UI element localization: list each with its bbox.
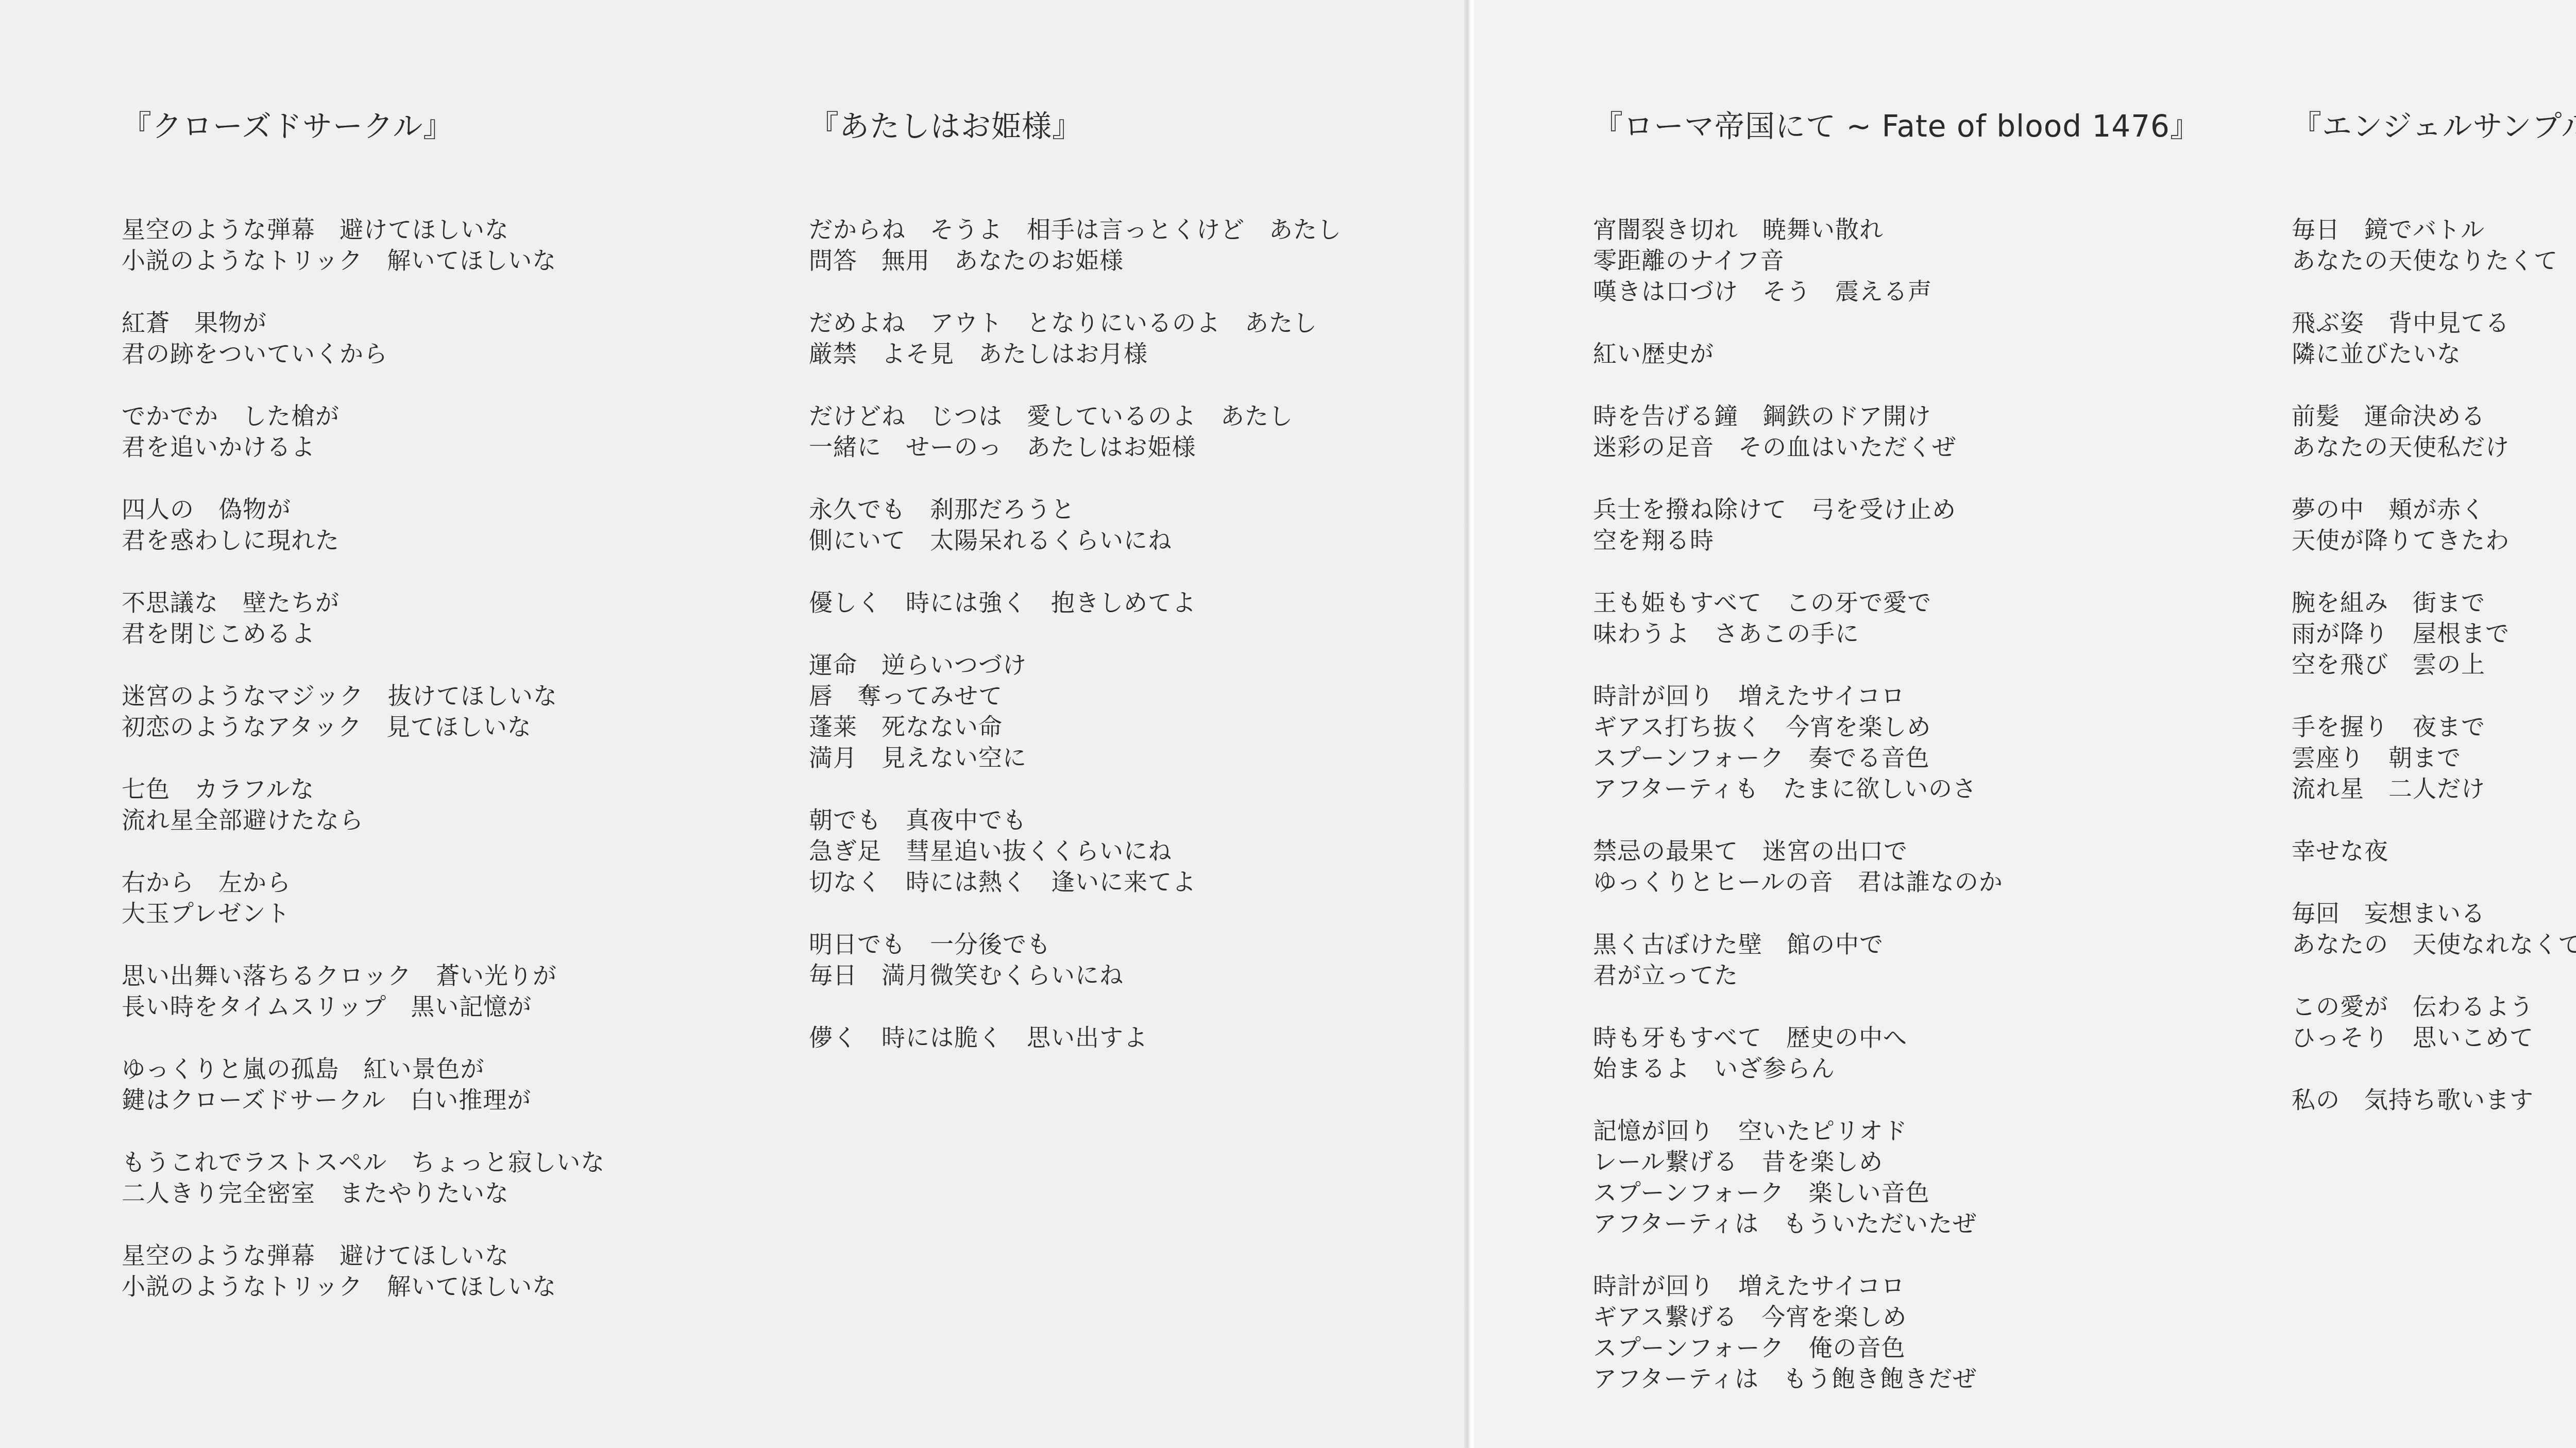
lyric-line: 君を追いかけるよ (122, 431, 605, 462)
lyric-stanza: 不思議な 壁たちが君を閉じこめるよ (122, 587, 605, 649)
lyric-line: スプーンフォーク 俺の音色 (1593, 1332, 2200, 1363)
lyric-line: 嘆きは口づけ そう 震える声 (1593, 276, 2200, 307)
lyric-line: アフターティは もういただいたぜ (1593, 1208, 2200, 1239)
lyric-line: ギアス打ち抜く 今宵を楽しめ (1593, 711, 2200, 742)
lyric-line: 一緒に せーのっ あたしはお姫様 (809, 431, 1342, 462)
lyric-stanza: 儚く 時には脆く 思い出すよ (809, 1022, 1342, 1053)
song-column-atashi-wa-ohimesama: 『あたしはお姫様』だからね そうよ 相手は言っとくけど あたし問答 無用 あなた… (809, 106, 1342, 1084)
lyric-line: 迷宮のようなマジック 抜けてほしいな (122, 680, 605, 711)
lyric-line: 天使が降りてきたわ (2292, 525, 2576, 555)
lyric-line: 急ぎ足 彗星追い抜くくらいにね (809, 835, 1342, 866)
lyric-stanza: 紅蒼 果物が君の跡をついていくから (122, 307, 605, 369)
lyric-line: 記憶が回り 空いたピリオド (1593, 1115, 2200, 1146)
lyrics-booklet-scan: 『クローズドサークル』星空のような弾幕 避けてほしいな小説のようなトリック 解い… (0, 0, 2576, 1448)
lyric-stanza: 黒く古ぼけた壁 館の中で君が立ってた (1593, 929, 2200, 990)
lyric-stanza: 毎回 妄想まいるあなたの 天使なれなくて (2292, 898, 2576, 959)
lyric-line: 時を告げる鐘 鋼鉄のドア開け (1593, 400, 2200, 431)
lyric-stanza: だからね そうよ 相手は言っとくけど あたし問答 無用 あなたのお姫様 (809, 214, 1342, 276)
lyric-line: 小説のようなトリック 解いてほしいな (122, 1271, 605, 1302)
lyric-stanza: 明日でも 一分後でも毎日 満月微笑むくらいにね (809, 929, 1342, 990)
lyric-stanza: 右から 左から大玉プレゼント (122, 867, 605, 929)
lyric-stanza: 腕を組み 街まで雨が降り 屋根まで空を飛び 雲の上 (2292, 587, 2576, 680)
lyric-stanza: 私の 気持ち歌います (2292, 1084, 2576, 1115)
lyric-line: 満月 見えない空に (809, 742, 1342, 773)
lyric-line: 小説のようなトリック 解いてほしいな (122, 245, 605, 276)
lyric-line: 前髪 運命決める (2292, 400, 2576, 431)
lyric-line: 不思議な 壁たちが (122, 587, 605, 618)
lyric-stanza: でかでか した槍が君を追いかけるよ (122, 400, 605, 462)
lyric-line: 毎日 満月微笑むくらいにね (809, 959, 1342, 990)
lyric-line: 腕を組み 街まで (2292, 587, 2576, 618)
lyric-stanza: 時計が回り 増えたサイコロギアス打ち抜く 今宵を楽しめスプーンフォーク 奏でる音… (1593, 680, 2200, 804)
lyric-line: 星空のような弾幕 避けてほしいな (122, 1240, 605, 1271)
lyric-stanza: 手を握り 夜まで雲座り 朝まで流れ星 二人だけ (2292, 711, 2576, 804)
lyric-line: 唇 奪ってみせて (809, 680, 1342, 711)
lyric-stanza: 宵闇裂き切れ 暁舞い散れ零距離のナイフ音嘆きは口づけ そう 震える声 (1593, 214, 2200, 307)
lyric-line: 鍵はクローズドサークル 白い推理が (122, 1084, 605, 1115)
lyric-line: 問答 無用 あなたのお姫様 (809, 245, 1342, 276)
lyric-line: 毎回 妄想まいる (2292, 898, 2576, 929)
lyric-line: でかでか した槍が (122, 400, 605, 431)
lyric-stanza: 四人の 偽物が君を惑わしに現れた (122, 494, 605, 555)
lyric-line: この愛が 伝わるよう (2292, 991, 2576, 1022)
lyric-stanza: この愛が 伝わるようひっそり 思いこめて (2292, 991, 2576, 1053)
lyric-line: 手を握り 夜まで (2292, 711, 2576, 742)
lyric-line: 味わうよ さあこの手に (1593, 618, 2200, 649)
lyric-line: だめよね アウト となりにいるのよ あたし (809, 307, 1342, 338)
lyric-stanza: 運命 逆らいつづけ唇 奪ってみせて蓬莱 死なない命満月 見えない空に (809, 649, 1342, 773)
lyric-stanza: 禁忌の最果て 迷宮の出口でゆっくりとヒールの音 君は誰なのか (1593, 835, 2200, 897)
lyric-stanza: 記憶が回り 空いたピリオドレール繋げる 昔を楽しめスプーンフォーク 楽しい音色ア… (1593, 1115, 2200, 1239)
lyric-stanza: 思い出舞い落ちるクロック 蒼い光りが長い時をタイムスリップ 黒い記憶が (122, 960, 605, 1022)
lyric-stanza: 時を告げる鐘 鋼鉄のドア開け迷彩の足音 その血はいただくぜ (1593, 400, 2200, 462)
lyric-line: あなたの天使なりたくて (2292, 245, 2576, 276)
lyric-line: 黒く古ぼけた壁 館の中で (1593, 929, 2200, 959)
lyric-line: 雲座り 朝まで (2292, 742, 2576, 773)
lyric-line: 流れ星 二人だけ (2292, 773, 2576, 804)
lyric-stanza: 前髪 運命決めるあなたの天使私だけ (2292, 400, 2576, 462)
song-column-roma-teikoku-nite: 『ローマ帝国にて ~ Fate of blood 1476』宵闇裂き切れ 暁舞い… (1593, 106, 2200, 1425)
page-fold-crease (1464, 0, 1476, 1448)
lyric-line: 儚く 時には脆く 思い出すよ (809, 1022, 1342, 1053)
lyric-line: 側にいて 太陽呆れるくらいにね (809, 525, 1342, 555)
lyric-stanza: 兵士を撥ね除けて 弓を受け止め空を翔る時 (1593, 494, 2200, 555)
lyric-line: 朝でも 真夜中でも (809, 804, 1342, 835)
lyric-line: 空を翔る時 (1593, 525, 2200, 555)
lyric-stanza: 毎日 鏡でバトルあなたの天使なりたくて (2292, 214, 2576, 276)
lyric-line: 右から 左から (122, 867, 605, 898)
song-column-closed-circle: 『クローズドサークル』星空のような弾幕 避けてほしいな小説のようなトリック 解い… (122, 106, 605, 1333)
lyric-line: 始まるよ いざ参らん (1593, 1053, 2200, 1084)
lyric-line: ゆっくりと嵐の孤島 紅い景色が (122, 1053, 605, 1084)
lyric-line: 兵士を撥ね除けて 弓を受け止め (1593, 494, 2200, 525)
song-title: 『クローズドサークル』 (122, 106, 605, 147)
lyric-line: アフターティも たまに欲しいのさ (1593, 773, 2200, 804)
lyric-stanza: 時も牙もすべて 歴史の中へ始まるよ いざ参らん (1593, 1022, 2200, 1084)
lyric-stanza: 時計が回り 増えたサイコロギアス繋げる 今宵を楽しめスプーンフォーク 俺の音色ア… (1593, 1270, 2200, 1394)
lyric-line: スプーンフォーク 奏でる音色 (1593, 742, 2200, 773)
lyric-line: 時計が回り 増えたサイコロ (1593, 1270, 2200, 1301)
lyric-line: 君の跡をついていくから (122, 338, 605, 369)
lyric-line: 初恋のようなアタック 見てほしいな (122, 711, 605, 742)
lyric-line: 紅蒼 果物が (122, 307, 605, 338)
lyric-line: ゆっくりとヒールの音 君は誰なのか (1593, 866, 2200, 897)
lyric-stanza: 優しく 時には強く 抱きしめてよ (809, 587, 1342, 618)
lyric-line: 雨が降り 屋根まで (2292, 618, 2576, 649)
lyric-line: アフターティは もう飽き飽きだぜ (1593, 1363, 2200, 1394)
lyric-line: 空を飛び 雲の上 (2292, 649, 2576, 680)
lyric-line: あなたの天使私だけ (2292, 431, 2576, 462)
song-title: 『ローマ帝国にて ~ Fate of blood 1476』 (1593, 106, 2200, 147)
lyric-line: 君が立ってた (1593, 959, 2200, 990)
lyric-line: 王も姫もすべて この牙で愛で (1593, 587, 2200, 618)
lyric-line: 優しく 時には強く 抱きしめてよ (809, 587, 1342, 618)
lyric-line: 七色 カラフルな (122, 773, 605, 804)
lyric-stanza: もうこれでラストスペル ちょっと寂しいな二人きり完全密室 またやりたいな (122, 1147, 605, 1208)
lyric-line: 明日でも 一分後でも (809, 929, 1342, 959)
song-title: 『エンジェルサンプル』 (2292, 106, 2576, 147)
lyric-line: だからね そうよ 相手は言っとくけど あたし (809, 214, 1342, 245)
lyric-line: 飛ぶ姿 背中見てる (2292, 307, 2576, 338)
lyric-line: 永久でも 刹那だろうと (809, 494, 1342, 525)
lyric-line: 君を惑わしに現れた (122, 525, 605, 555)
lyric-line: 隣に並びたいな (2292, 338, 2576, 369)
lyric-stanza: 迷宮のようなマジック 抜けてほしいな初恋のようなアタック 見てほしいな (122, 680, 605, 742)
lyric-stanza: だめよね アウト となりにいるのよ あたし厳禁 よそ見 あたしはお月様 (809, 307, 1342, 369)
lyric-stanza: ゆっくりと嵐の孤島 紅い景色が鍵はクローズドサークル 白い推理が (122, 1053, 605, 1115)
lyric-line: 夢の中 頬が赤く (2292, 494, 2576, 525)
lyric-line: あなたの 天使なれなくて (2292, 929, 2576, 959)
lyric-line: 二人きり完全密室 またやりたいな (122, 1177, 605, 1208)
lyric-line: 迷彩の足音 その血はいただくぜ (1593, 431, 2200, 462)
lyric-line: 私の 気持ち歌います (2292, 1084, 2576, 1115)
lyric-stanza: 七色 カラフルな流れ星全部避けたなら (122, 773, 605, 835)
lyric-stanza: 飛ぶ姿 背中見てる隣に並びたいな (2292, 307, 2576, 369)
lyric-stanza: 夢の中 頬が赤く天使が降りてきたわ (2292, 494, 2576, 555)
lyric-line: 禁忌の最果て 迷宮の出口で (1593, 835, 2200, 866)
lyric-line: 君を閉じこめるよ (122, 618, 605, 649)
lyric-stanza: 永久でも 刹那だろうと側にいて 太陽呆れるくらいにね (809, 494, 1342, 555)
lyric-line: 紅い歴史が (1593, 338, 2200, 369)
lyric-line: ひっそり 思いこめて (2292, 1022, 2576, 1053)
lyric-line: 長い時をタイムスリップ 黒い記憶が (122, 991, 605, 1022)
lyric-line: もうこれでラストスペル ちょっと寂しいな (122, 1147, 605, 1177)
lyric-line: スプーンフォーク 楽しい音色 (1593, 1177, 2200, 1208)
lyric-stanza: 星空のような弾幕 避けてほしいな小説のようなトリック 解いてほしいな (122, 1240, 605, 1302)
lyric-stanza: 朝でも 真夜中でも急ぎ足 彗星追い抜くくらいにね切なく 時には熱く 逢いに来てよ (809, 804, 1342, 897)
lyric-line: レール繋げる 昔を楽しめ (1593, 1146, 2200, 1177)
lyric-line: 大玉プレゼント (122, 898, 605, 929)
lyric-stanza: 紅い歴史が (1593, 338, 2200, 369)
lyric-line: 流れ星全部避けたなら (122, 804, 605, 835)
lyric-line: 厳禁 よそ見 あたしはお月様 (809, 338, 1342, 369)
lyric-stanza: 王も姫もすべて この牙で愛で味わうよ さあこの手に (1593, 587, 2200, 649)
lyric-line: 切なく 時には熱く 逢いに来てよ (809, 866, 1342, 897)
lyric-line: 毎日 鏡でバトル (2292, 214, 2576, 245)
lyric-line: 幸せな夜 (2292, 835, 2576, 866)
song-column-angel-sample: 『エンジェルサンプル』毎日 鏡でバトルあなたの天使なりたくて飛ぶ姿 背中見てる隣… (2292, 106, 2576, 1147)
lyric-line: 運命 逆らいつづけ (809, 649, 1342, 680)
song-title: 『あたしはお姫様』 (809, 106, 1342, 147)
lyric-stanza: 星空のような弾幕 避けてほしいな小説のようなトリック 解いてほしいな (122, 214, 605, 276)
lyric-line: 思い出舞い落ちるクロック 蒼い光りが (122, 960, 605, 991)
lyric-line: 時計が回り 増えたサイコロ (1593, 680, 2200, 711)
lyric-stanza: だけどね じつは 愛しているのよ あたし一緒に せーのっ あたしはお姫様 (809, 400, 1342, 462)
lyric-line: 宵闇裂き切れ 暁舞い散れ (1593, 214, 2200, 245)
lyric-line: 零距離のナイフ音 (1593, 245, 2200, 276)
lyric-line: 時も牙もすべて 歴史の中へ (1593, 1022, 2200, 1053)
lyric-line: だけどね じつは 愛しているのよ あたし (809, 400, 1342, 431)
lyric-line: 蓬莱 死なない命 (809, 711, 1342, 742)
lyric-line: 四人の 偽物が (122, 494, 605, 525)
lyric-line: ギアス繋げる 今宵を楽しめ (1593, 1301, 2200, 1332)
lyric-stanza: 幸せな夜 (2292, 835, 2576, 866)
lyric-line: 星空のような弾幕 避けてほしいな (122, 214, 605, 245)
